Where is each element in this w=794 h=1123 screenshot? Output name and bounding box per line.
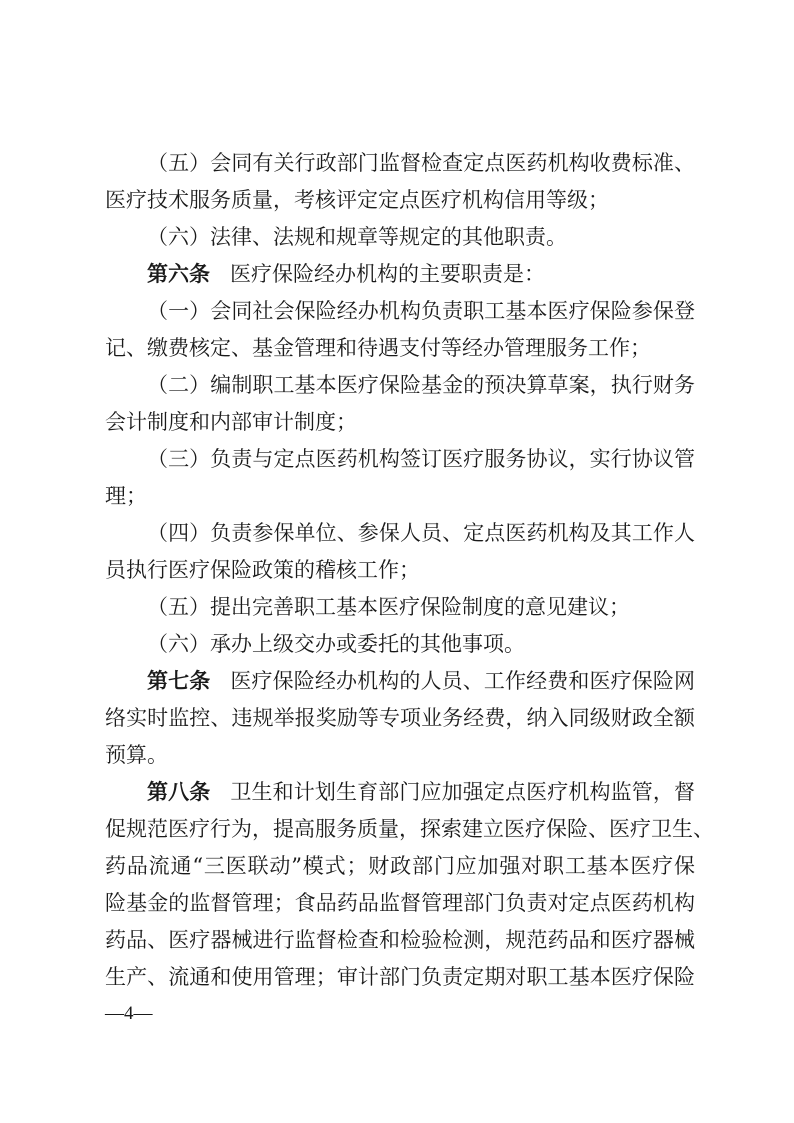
article-line: 第八条卫生和计划生育部门应加强定点医疗机构监管，督 [105,774,695,811]
text-line: （三）负责与定点医药机构签订医疗服务协议，实行协议管 [105,441,695,478]
text-line: 员执行医疗保险政策的稽核工作； [105,552,695,589]
line-text: （二）编制职工基本医疗保险基金的预决算草案，执行财务 [147,373,695,397]
line-text: 记、缴费核定、基金管理和待遇支付等经办管理服务工作； [105,336,651,360]
line-text: 卫生和计划生育部门应加强定点医疗机构监管，督 [230,780,695,804]
text-line: 预算。 [105,737,695,774]
text-line: （五）提出完善职工基本医疗保险制度的意见建议； [105,589,695,626]
line-text: 医疗技术服务质量，考核评定定点医疗机构信用等级； [105,188,609,212]
line-text: （六）承办上级交办或委托的其他事项。 [147,632,525,656]
line-text: 药品、医疗器械进行监督检查和检验检测，规范药品和医疗器械 [105,928,695,952]
line-text: 络实时监控、违规举报奖励等专项业务经费，纳入同级财政全额 [105,706,695,730]
text-line: 药品流通“三医联动”模式；财政部门应加强对职工基本医疗保 [105,848,695,885]
text-line: 险基金的监督管理；食品药品监督管理部门负责对定点医药机构 [105,885,695,922]
line-text: 预算。 [105,743,168,767]
article-line: 第七条医疗保险经办机构的人员、工作经费和医疗保险网 [105,663,695,700]
line-text: （一）会同社会保险经办机构负责职工基本医疗保险参保登 [147,299,695,323]
text-line: 促规范医疗行为，提高服务质量，探索建立医疗保险、医疗卫生、 [105,811,695,848]
text-line: （四）负责参保单位、参保人员、定点医药机构及其工作人 [105,515,695,552]
text-line: 医疗技术服务质量，考核评定定点医疗机构信用等级； [105,182,695,219]
line-text: （三）负责与定点医药机构签订医疗服务协议，实行协议管 [147,447,695,471]
line-text: 理； [105,484,147,508]
line-text: （五）会同有关行政部门监督检查定点医药机构收费标准、 [147,151,695,175]
article-heading: 第八条 [147,780,210,804]
text-line: （六）承办上级交办或委托的其他事项。 [105,626,695,663]
text-line: （六）法律、法规和规章等规定的其他职责。 [105,219,695,256]
text-line: 络实时监控、违规举报奖励等专项业务经费，纳入同级财政全额 [105,700,695,737]
page-number: —4— [105,1003,153,1025]
line-text: 员执行医疗保险政策的稽核工作； [105,558,420,582]
text-line: 记、缴费核定、基金管理和待遇支付等经办管理服务工作； [105,330,695,367]
line-text: 药品流通“三医联动”模式；财政部门应加强对职工基本医疗保 [105,854,695,878]
text-line: 会计制度和内部审计制度； [105,404,695,441]
text-line: （二）编制职工基本医疗保险基金的预决算草案，执行财务 [105,367,695,404]
text-line: （一）会同社会保险经办机构负责职工基本医疗保险参保登 [105,293,695,330]
document-body: （五）会同有关行政部门监督检查定点医药机构收费标准、医疗技术服务质量，考核评定定… [105,145,695,996]
line-text: （五）提出完善职工基本医疗保险制度的意见建议； [147,595,630,619]
line-text: （六）法律、法规和规章等规定的其他职责。 [147,225,567,249]
text-line: 生产、流通和使用管理；审计部门负责定期对职工基本医疗保险 [105,959,695,996]
line-text: 险基金的监督管理；食品药品监督管理部门负责对定点医药机构 [105,891,695,915]
line-text: 会计制度和内部审计制度； [105,410,357,434]
line-text: 生产、流通和使用管理；审计部门负责定期对职工基本医疗保险 [105,965,695,989]
article-heading: 第七条 [147,669,210,693]
text-line: 药品、医疗器械进行监督检查和检验检测，规范药品和医疗器械 [105,922,695,959]
line-text: 医疗保险经办机构的人员、工作经费和医疗保险网 [230,669,695,693]
article-line: 第六条医疗保险经办机构的主要职责是： [105,256,695,293]
text-line: （五）会同有关行政部门监督检查定点医药机构收费标准、 [105,145,695,182]
article-heading: 第六条 [147,262,210,286]
text-line: 理； [105,478,695,515]
line-text: 促规范医疗行为，提高服务质量，探索建立医疗保险、医疗卫生、 [105,817,714,841]
line-text: （四）负责参保单位、参保人员、定点医药机构及其工作人 [147,521,695,545]
line-text: 医疗保险经办机构的主要职责是： [230,262,545,286]
